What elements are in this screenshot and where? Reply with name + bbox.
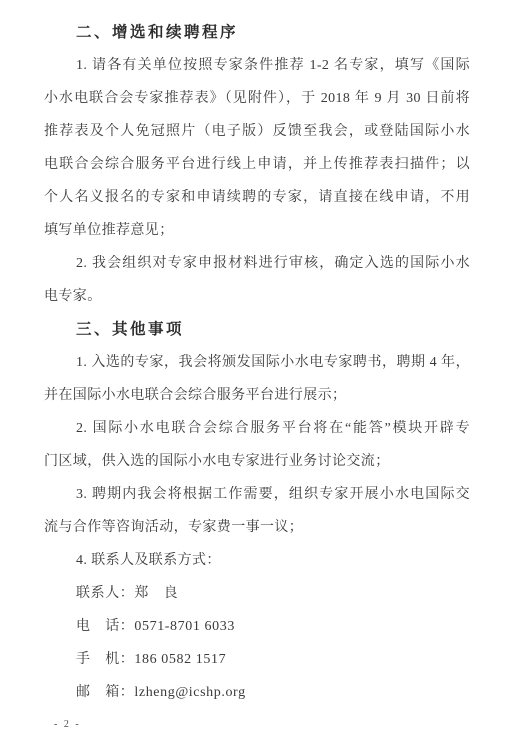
text-line: 2. 我会组织对专家申报材料进行审核，确定入选的国际小水 [44, 247, 470, 280]
section-3-paragraph-2: 2. 国际小水电联合会综合服务平台将在“能答”模块开辟专 门区域，供入选的国际小… [44, 412, 470, 478]
text-line: 4. 联系人及联系方式： [44, 544, 470, 577]
text-line: 1. 入选的专家，我会将颁发国际小水电专家聘书，聘期 4 年， [44, 346, 470, 379]
text-line: 1. 请各有关单位按照专家条件推荐 1-2 名专家，填写《国际 [44, 49, 470, 82]
text-line: 个人名义报名的专家和申请续聘的专家，请直接在线申请，不用 [44, 181, 470, 214]
contact-mobile-line: 手 机：186 0582 1517 [44, 643, 470, 676]
section-3-paragraph-4: 4. 联系人及联系方式： [44, 544, 470, 577]
section-2-paragraph-1: 1. 请各有关单位按照专家条件推荐 1-2 名专家，填写《国际 小水电联合会专家… [44, 49, 470, 247]
contact-email-line: 邮 箱：lzheng@icshp.org [44, 676, 470, 709]
text-line: 电联合会综合服务平台进行线上申请，并上传推荐表扫描件；以 [44, 148, 470, 181]
document-content: 二、增选和续聘程序 1. 请各有关单位按照专家条件推荐 1-2 名专家，填写《国… [44, 16, 470, 709]
contact-phone-line: 电 话：0571-8701 6033 [44, 610, 470, 643]
text-line: 流与合作等咨询活动，专家费一事一议； [44, 511, 470, 544]
text-line: 2. 国际小水电联合会综合服务平台将在“能答”模块开辟专 [44, 412, 470, 445]
section-2-paragraph-2: 2. 我会组织对专家申报材料进行审核，确定入选的国际小水 电专家。 [44, 247, 470, 313]
text-line: 电专家。 [44, 280, 470, 313]
section-2-heading: 二、增选和续聘程序 [44, 16, 470, 49]
contact-info-block: 联系人：郑 良 电 话：0571-8701 6033 手 机：186 0582 … [44, 577, 470, 709]
contact-person-line: 联系人：郑 良 [44, 577, 470, 610]
section-3-heading: 三、其他事项 [44, 313, 470, 346]
page-number: - 2 - [54, 719, 81, 730]
text-line: 门区域，供入选的国际小水电专家进行业务讨论交流； [44, 445, 470, 478]
text-line: 小水电联合会专家推荐表》（见附件），于 2018 年 9 月 30 日前将 [44, 82, 470, 115]
text-line: 填写单位推荐意见； [44, 214, 470, 247]
text-line: 3. 聘期内我会将根据工作需要，组织专家开展小水电国际交 [44, 478, 470, 511]
section-3-paragraph-1: 1. 入选的专家，我会将颁发国际小水电专家聘书，聘期 4 年， 并在国际小水电联… [44, 346, 470, 412]
section-3-paragraph-3: 3. 聘期内我会将根据工作需要，组织专家开展小水电国际交 流与合作等咨询活动，专… [44, 478, 470, 544]
text-line: 推荐表及个人免冠照片（电子版）反馈至我会，或登陆国际小水 [44, 115, 470, 148]
text-line: 并在国际小水电联合会综合服务平台进行展示； [44, 379, 470, 412]
scanned-document-page: 二、增选和续聘程序 1. 请各有关单位按照专家条件推荐 1-2 名专家，填写《国… [0, 0, 516, 754]
